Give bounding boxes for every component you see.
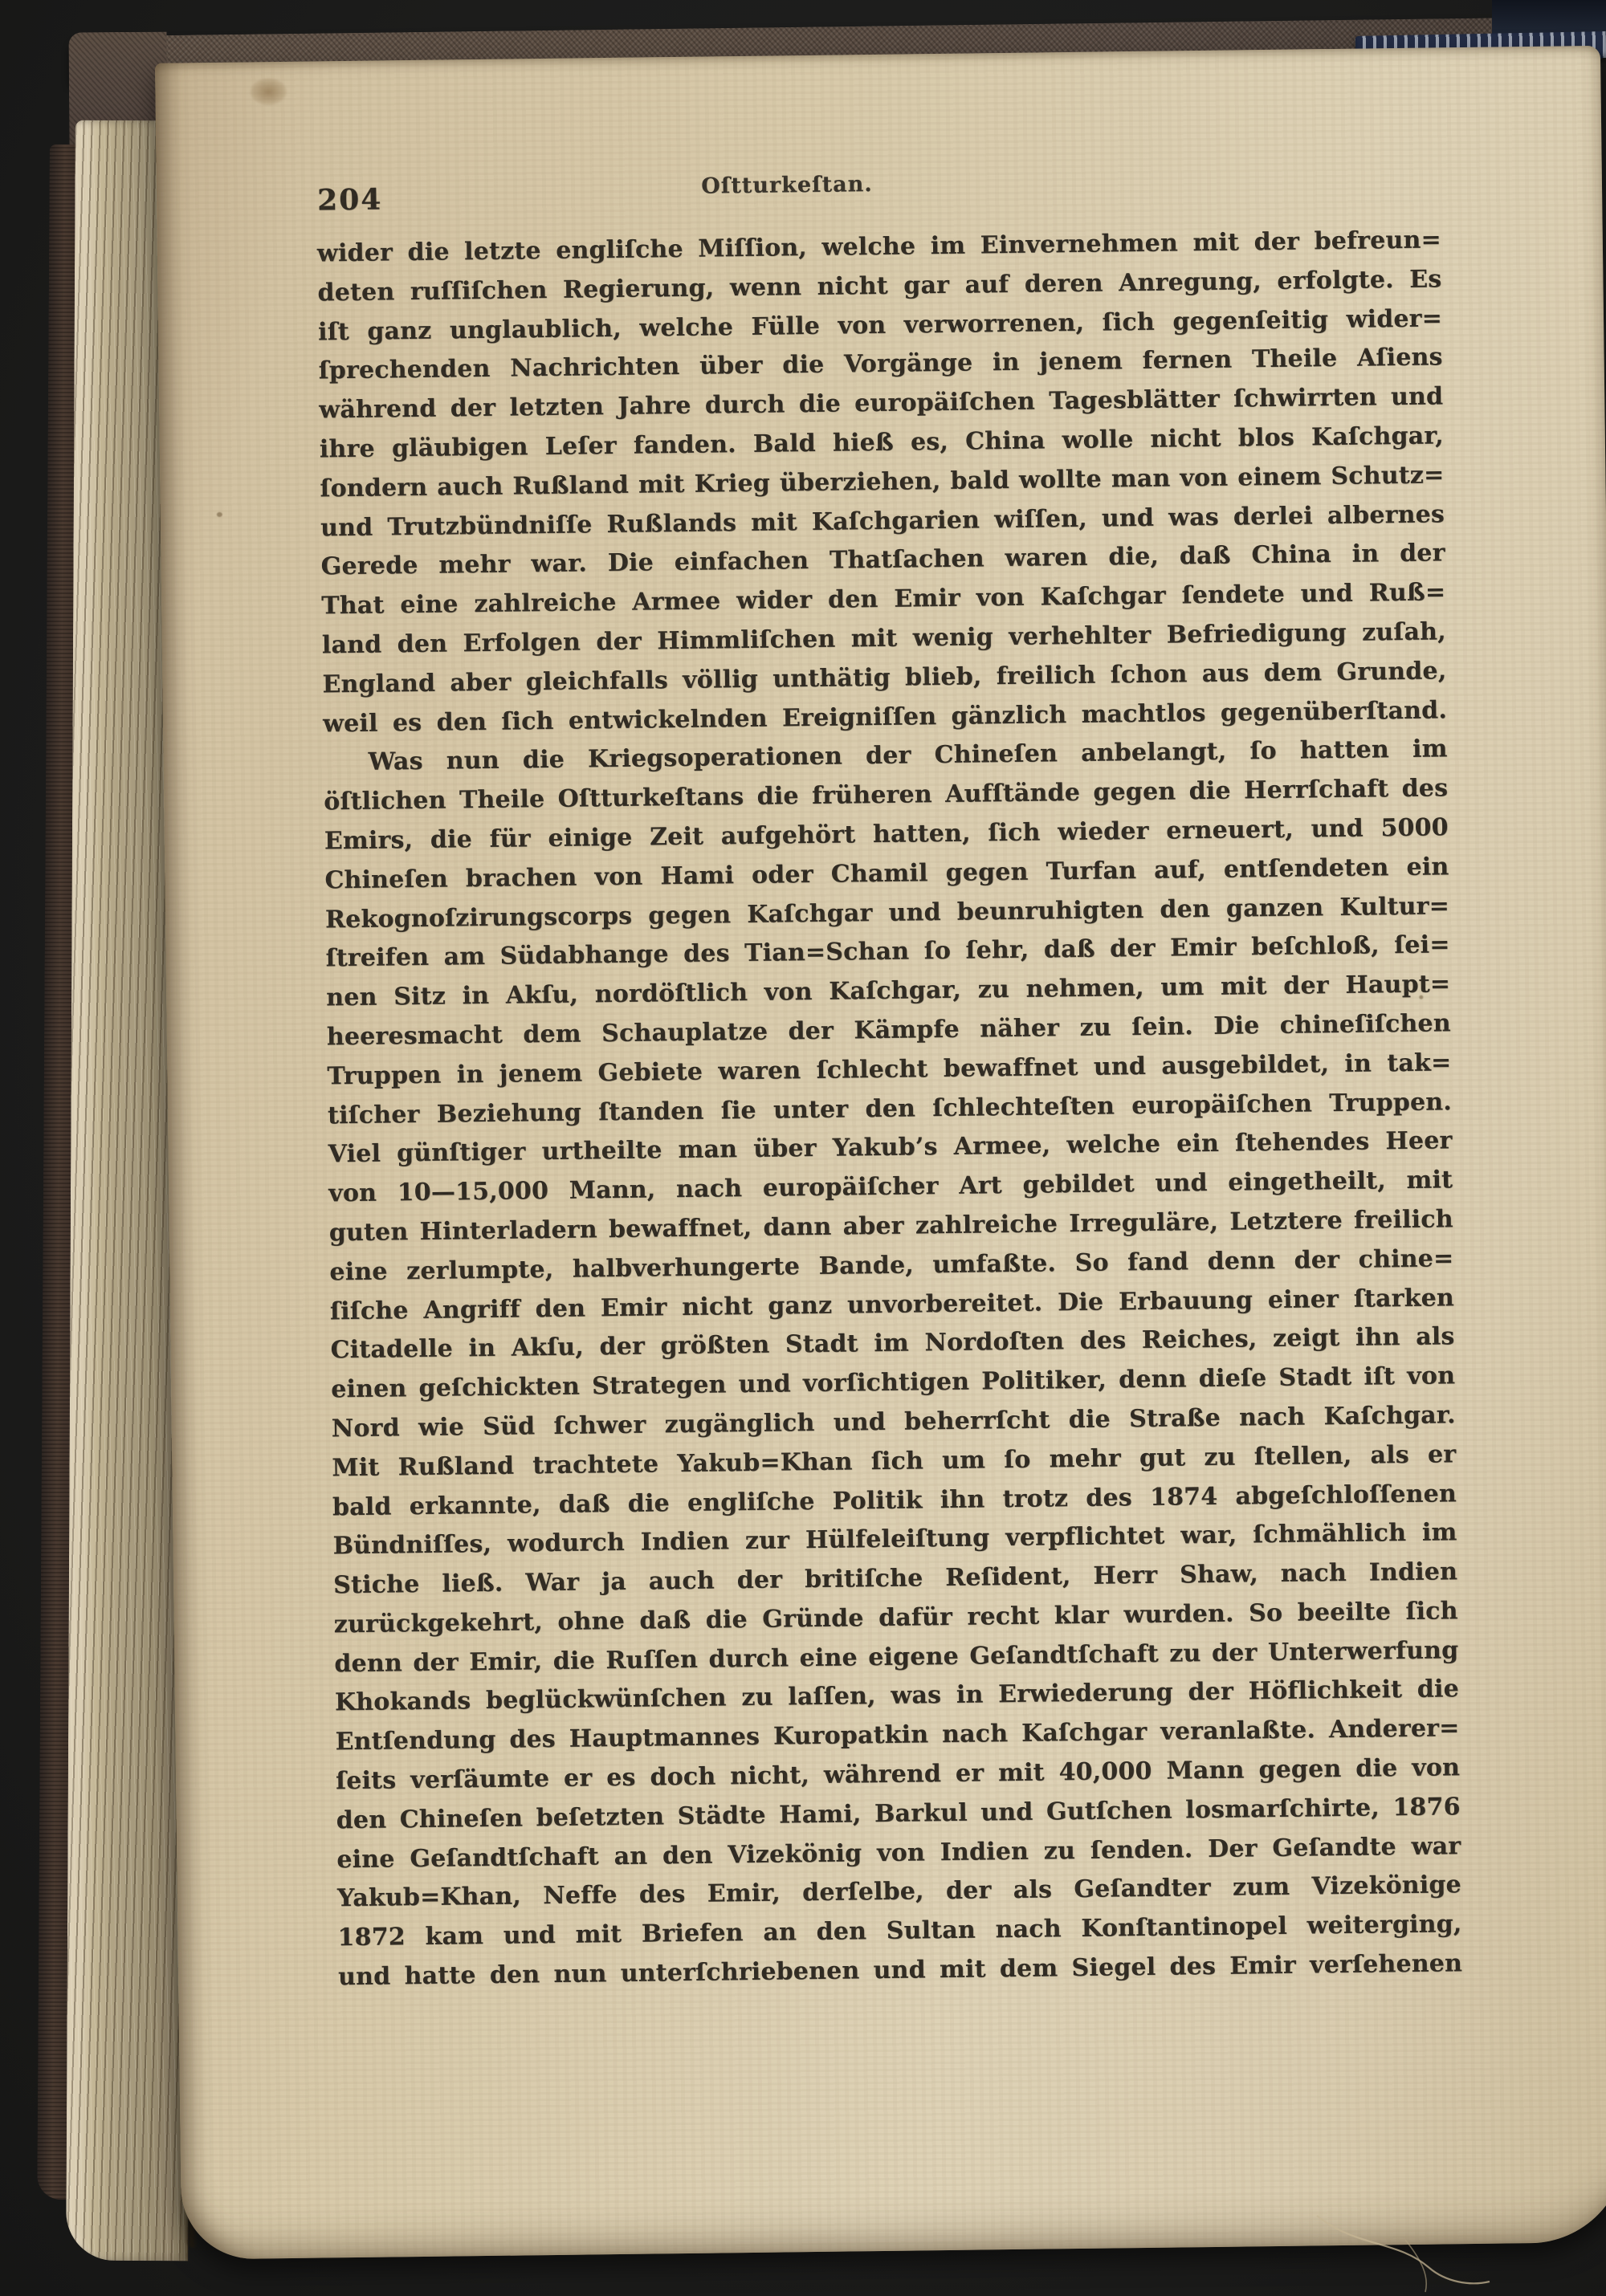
running-header: Oſtturkeſtan. — [671, 172, 903, 200]
paper-stain — [250, 78, 287, 106]
paper-speck — [217, 512, 222, 517]
thread-fiber — [1309, 2192, 1502, 2296]
page-text: wider die letzte engliſche Miſſion, welc… — [317, 221, 1463, 1997]
book-page: 204 Oſtturkeſtan. wider die letzte engli… — [155, 46, 1606, 2260]
page-number: 204 — [317, 182, 383, 217]
photo-of-book-page: { "page": { "number": "204", "running_he… — [0, 0, 1606, 2296]
